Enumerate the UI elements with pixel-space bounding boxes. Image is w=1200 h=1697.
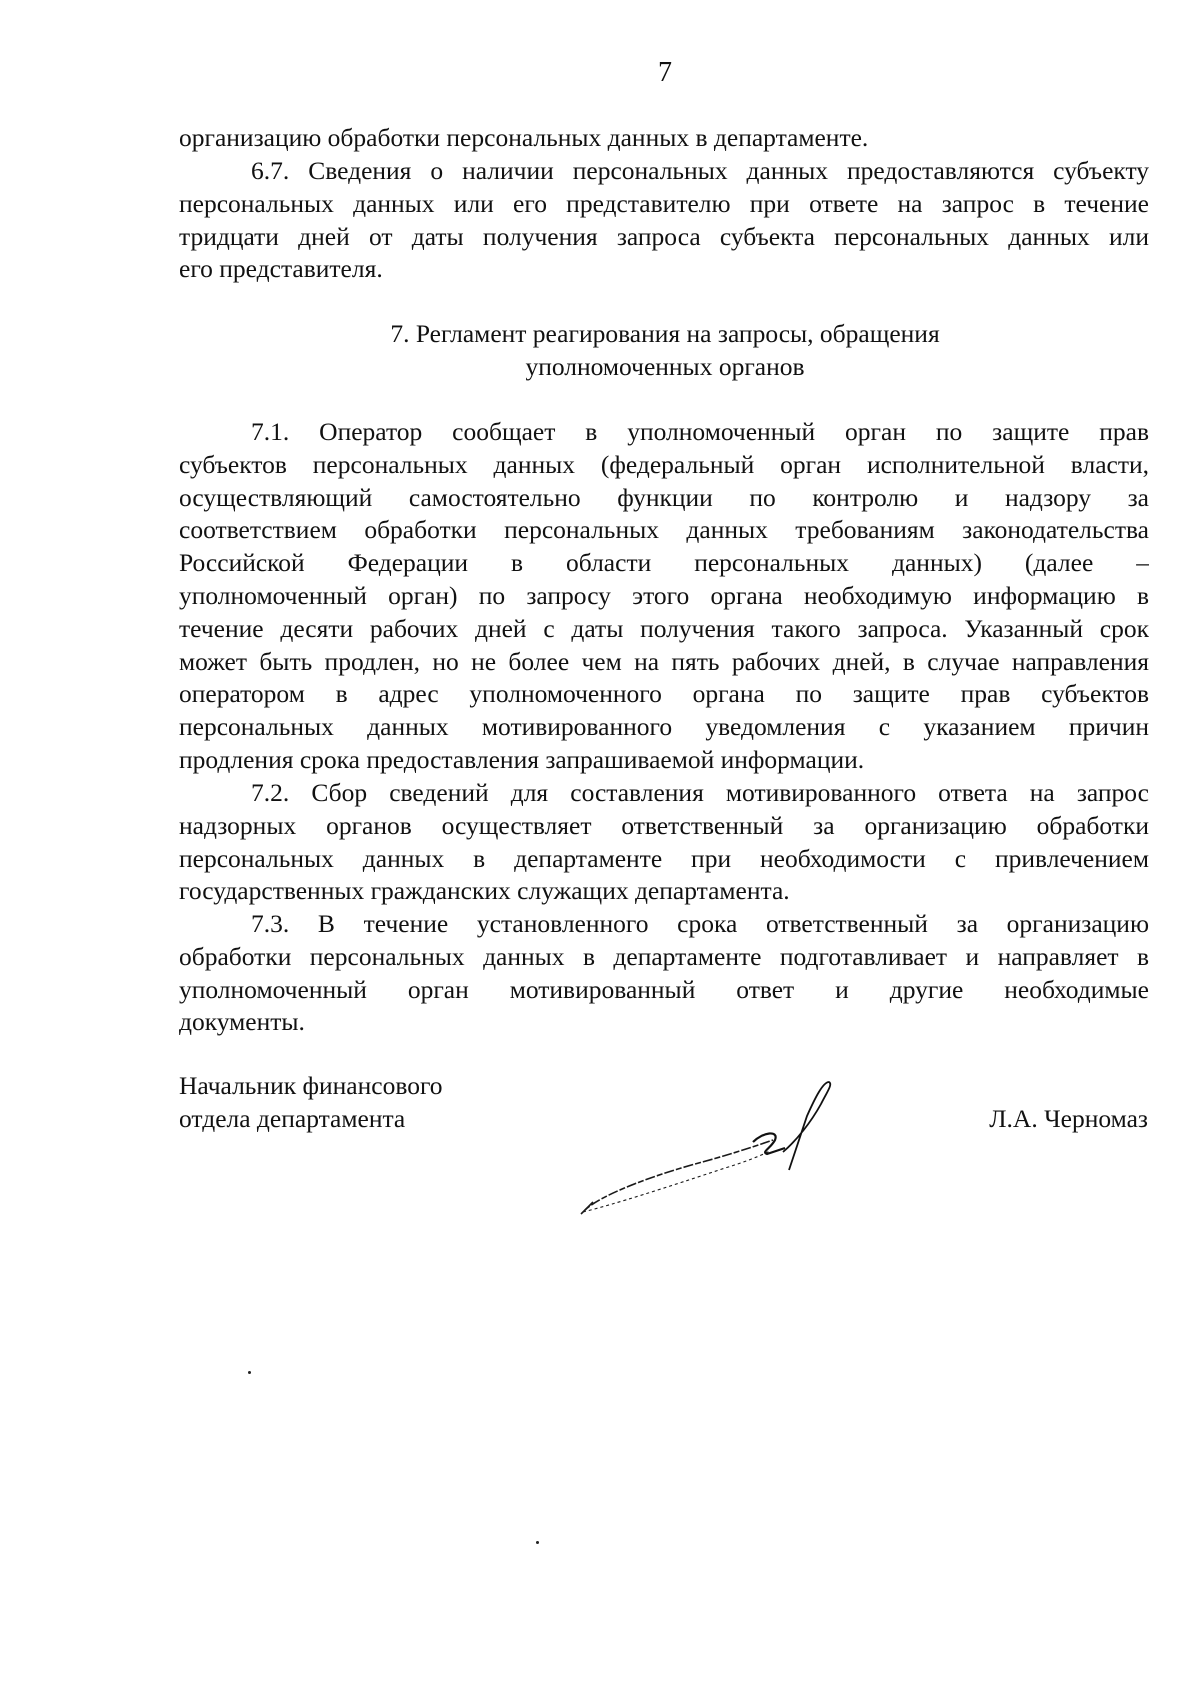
- scan-speck: [536, 1541, 539, 1544]
- paragraph-intro: организацию обработки персональных данны…: [179, 122, 1149, 155]
- text-line: уполномоченный орган) по запросу этого о…: [179, 580, 1149, 613]
- text-line: осуществляющий самостоятельно функции по…: [179, 482, 1149, 515]
- text-line: течение десяти рабочих дней с даты получ…: [179, 613, 1149, 646]
- position-line: отдела департамента: [179, 1103, 443, 1136]
- text-line: оператором в адрес уполномоченного орган…: [179, 678, 1149, 711]
- text-line: Российской Федерации в области персональ…: [179, 547, 1149, 580]
- signatory-position: Начальник финансового отдела департамент…: [179, 1070, 443, 1136]
- clause-7-3: 7.3. В течение установленного срока отве…: [179, 908, 1149, 1039]
- clause-6-7: 6.7. Сведения о наличии персональных дан…: [179, 155, 1149, 286]
- text-line: соответствием обработки персональных дан…: [179, 514, 1149, 547]
- text-line: организацию обработки персональных данны…: [179, 122, 1149, 155]
- text-line: персональных данных или его представител…: [179, 188, 1149, 221]
- text-line: тридцати дней от даты получения запроса …: [179, 221, 1149, 254]
- text-line: 7.2. Сбор сведений для составления мотив…: [179, 777, 1149, 810]
- heading-line: уполномоченных органов: [0, 351, 1200, 384]
- text-line: 7.3. В течение установленного срока отве…: [179, 908, 1149, 941]
- text-line: может быть продлен, но не более чем на п…: [179, 646, 1149, 679]
- scan-speck: [248, 1371, 251, 1374]
- clause-7-2: 7.2. Сбор сведений для составления мотив…: [179, 777, 1149, 908]
- text-line: 6.7. Сведения о наличии персональных дан…: [179, 155, 1149, 188]
- section-heading: 7. Регламент реагирования на запросы, об…: [0, 318, 1200, 384]
- document-page: 7 организацию обработки персональных дан…: [0, 0, 1200, 1697]
- text-line: его представителя.: [179, 253, 1149, 286]
- text-line: персональных данных мотивированного увед…: [179, 711, 1149, 744]
- signatory-name: Л.А. Черномаз: [989, 1103, 1148, 1136]
- text-line: надзорных органов осуществляет ответстве…: [179, 810, 1149, 843]
- heading-line: 7. Регламент реагирования на запросы, об…: [0, 318, 1200, 351]
- position-line: Начальник финансового: [179, 1070, 443, 1103]
- text-line: продления срока предоставления запрашива…: [179, 744, 1149, 777]
- text-line: государственных гражданских служащих деп…: [179, 875, 1149, 908]
- text-line: документы.: [179, 1006, 1149, 1039]
- text-line: персональных данных в департаменте при н…: [179, 843, 1149, 876]
- clause-7-1: 7.1. Оператор сообщает в уполномоченный …: [179, 416, 1149, 777]
- text-line: субъектов персональных данных (федеральн…: [179, 449, 1149, 482]
- page-number: 7: [0, 56, 1200, 90]
- handwritten-signature-icon: [575, 1078, 865, 1228]
- text-line: обработки персональных данных в департам…: [179, 941, 1149, 974]
- text-line: уполномоченный орган мотивированный отве…: [179, 974, 1149, 1007]
- text-line: 7.1. Оператор сообщает в уполномоченный …: [179, 416, 1149, 449]
